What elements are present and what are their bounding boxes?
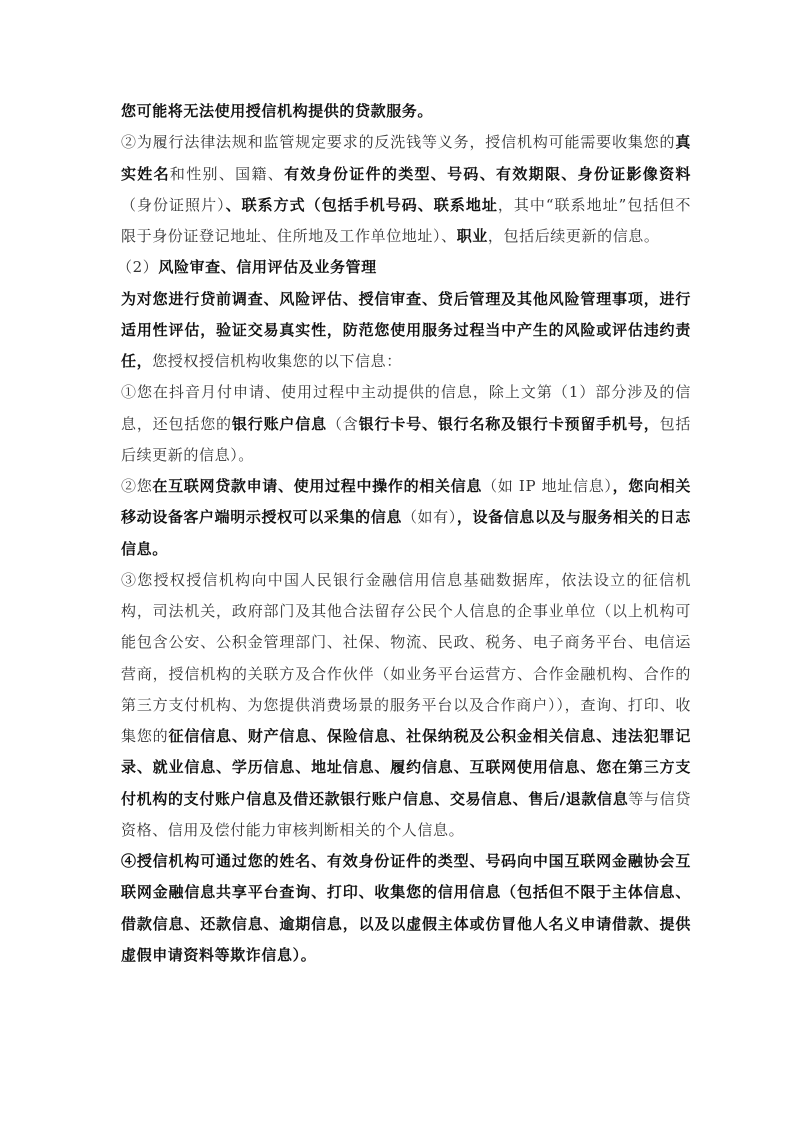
paragraph-nifa-credit-info: ④授信机构可通过您的姓名、有效身份证件的类型、号码向中国互联网金融协会互联网金融… (121, 846, 691, 971)
paragraph-risk-purpose: 为对您进行贷前调查、风险评估、授信审查、贷后管理及其他风险管理事项，进行适用性评… (121, 284, 691, 378)
text-segment: （身份证照片） (121, 196, 226, 214)
document-page: 您可能将无法使用授信机构提供的贷款服务。 ②为履行法律法规和监管规定要求的反洗钱… (121, 96, 691, 971)
text-segment: ②为履行法律法规和监管规定要求的反洗钱等义务，授信机构可能需要收集您的 (121, 133, 675, 151)
text-segment: ②您 (121, 477, 152, 495)
section-heading-risk-review: （2）风险审查、信用评估及业务管理 (117, 252, 691, 283)
bold-text-segment: 征信信息、财产信息、保险信息、社保纳税及公积金相关信息、违法犯罪记录、就业信息、… (121, 727, 691, 808)
text-segment: （2） (117, 258, 158, 276)
bold-text-segment: 在互联网贷款申请、使用过程中操作的相关信息 (152, 477, 482, 495)
bold-text-segment: 银行卡号、银行名称及银行卡预留手机号， (359, 415, 660, 433)
paragraph-aml-info: ②为履行法律法规和监管规定要求的反洗钱等义务，授信机构可能需要收集您的真实姓名和… (121, 127, 691, 252)
text-segment: （如 IP 地址信息） (482, 477, 613, 495)
text-segment: （含 (327, 415, 359, 433)
bold-text-segment: 、联系方式（包括手机号码、联系地址 (226, 196, 498, 214)
paragraph-operation-info: ②您在互联网贷款申请、使用过程中操作的相关信息（如 IP 地址信息），您向相关移… (121, 471, 691, 565)
bold-text-segment: 银行账户信息 (232, 415, 327, 433)
text-segment: （如有） (402, 508, 457, 526)
paragraph-credit-query-authorization: ③您授权授信机构向中国人民银行金融信用信息基础数据库，依法设立的征信机构，司法机… (121, 565, 691, 846)
text-segment: 和性别、国籍、 (170, 165, 284, 183)
text-segment: ③您授权授信机构向中国人民银行金融信用信息基础数据库，依法设立的征信机构，司法机… (121, 571, 691, 745)
bold-text-segment: 您可能将无法使用授信机构提供的贷款服务。 (121, 102, 433, 120)
paragraph-bank-account-info: ①您在抖音月付申请、使用过程中主动提供的信息，除上文第（1）部分涉及的信息，还包… (121, 377, 691, 471)
bold-text-segment: 有效身份证件的类型、号码、有效期限、身份证影像资料 (284, 165, 691, 183)
paragraph-service-denial: 您可能将无法使用授信机构提供的贷款服务。 (121, 96, 691, 127)
bold-text-segment: 职业 (457, 227, 488, 245)
text-segment: 您授权授信机构收集您的以下信息： (152, 352, 402, 370)
bold-text-segment: 风险审查、信用评估及业务管理 (158, 258, 376, 276)
bold-text-segment: ④授信机构可通过您的姓名、有效身份证件的类型、号码向中国互联网金融协会互联网金融… (121, 852, 691, 964)
text-segment: ，包括后续更新的信息。 (488, 227, 660, 245)
